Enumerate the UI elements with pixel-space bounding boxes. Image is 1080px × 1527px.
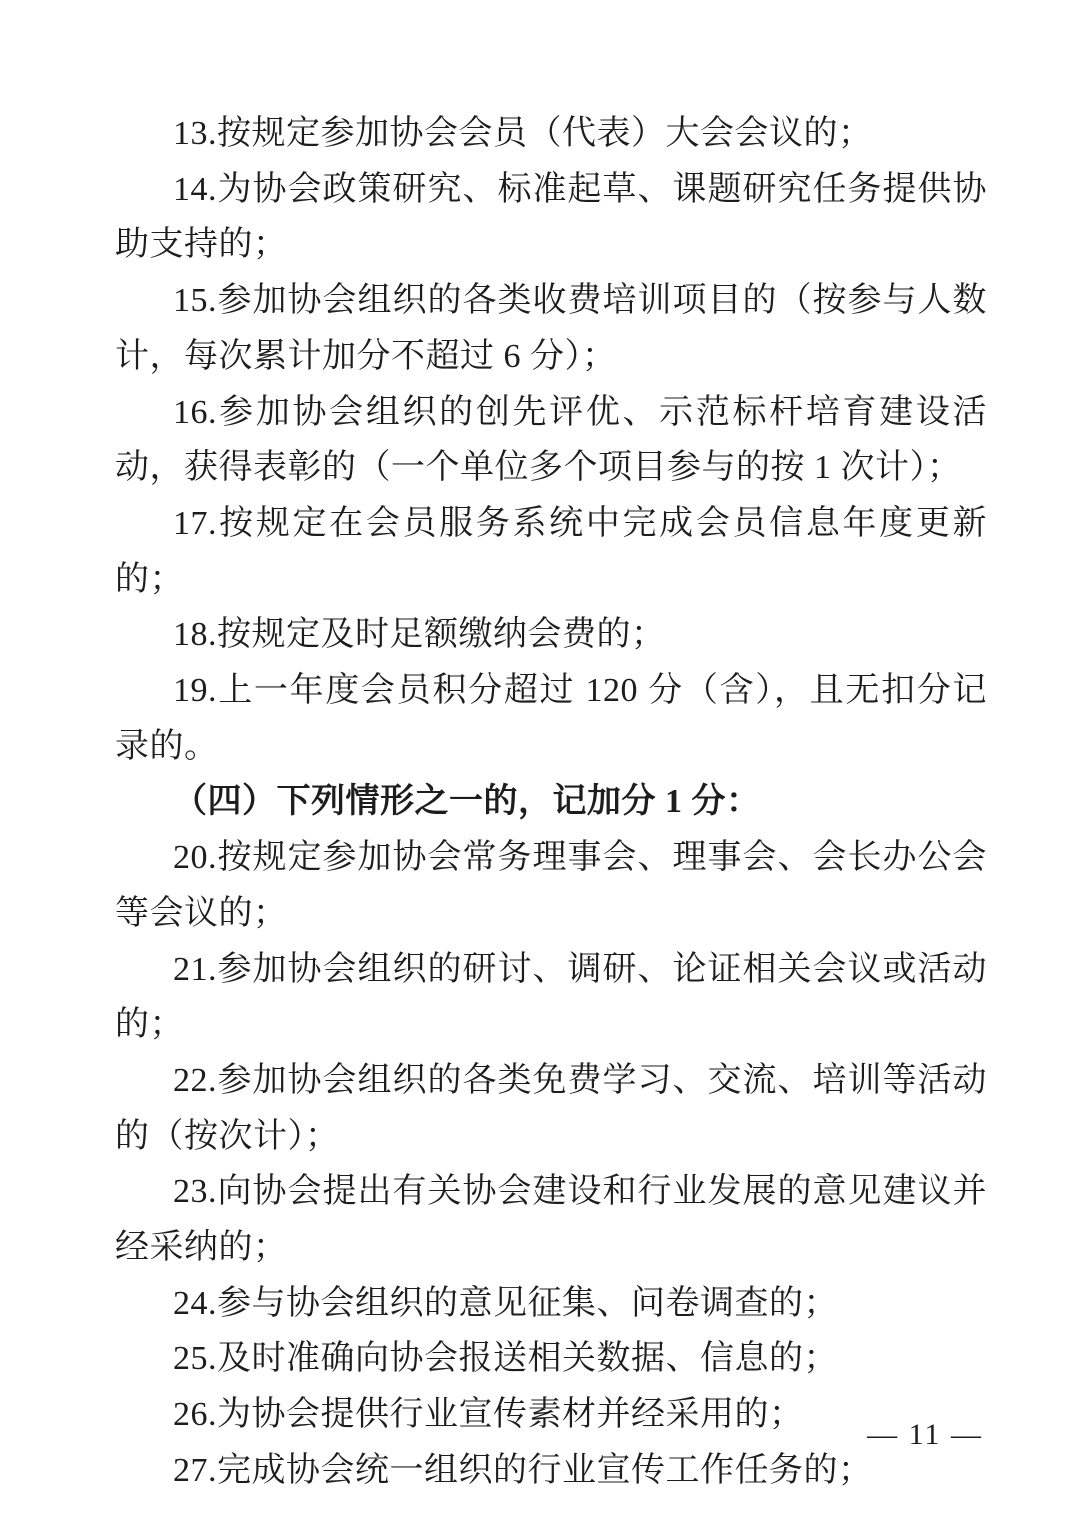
list-item-24: 24.参与协会组织的意见征集、问卷调查的； bbox=[115, 1276, 987, 1332]
page-number: — 11 — bbox=[115, 1418, 983, 1452]
list-item-17: 17.按规定在会员服务系统中完成会员信息年度更新的； bbox=[115, 496, 987, 607]
list-item-19: 19.上一年度会员积分超过 120 分（含），且无扣分记录的。 bbox=[115, 663, 987, 774]
list-item-25: 25.及时准确向协会报送相关数据、信息的； bbox=[115, 1331, 987, 1387]
list-item-15: 15.参加协会组织的各类收费培训项目的（按参与人数计，每次累计加分不超过 6 分… bbox=[115, 273, 987, 384]
list-item-14: 14.为协会政策研究、标准起草、课题研究任务提供协助支持的； bbox=[115, 162, 987, 273]
list-item-20: 20.按规定参加协会常务理事会、理事会、会长办公会等会议的； bbox=[115, 830, 987, 941]
list-item-22: 22.参加协会组织的各类免费学习、交流、培训等活动的（按次计）； bbox=[115, 1053, 987, 1164]
list-item-21: 21.参加协会组织的研讨、调研、论证相关会议或活动的； bbox=[115, 942, 987, 1053]
list-item-18: 18.按规定及时足额缴纳会费的； bbox=[115, 607, 987, 663]
document-body: 13.按规定参加协会会员（代表）大会会议的； 14.为协会政策研究、标准起草、课… bbox=[115, 106, 987, 1499]
list-item-16: 16.参加协会组织的创先评优、示范标杆培育建设活动，获得表彰的（一个单位多个项目… bbox=[115, 385, 987, 496]
list-item-13: 13.按规定参加协会会员（代表）大会会议的； bbox=[115, 106, 987, 162]
section-heading-4: （四）下列情形之一的，记加分 1 分： bbox=[115, 774, 987, 830]
document-page: 13.按规定参加协会会员（代表）大会会议的； 14.为协会政策研究、标准起草、课… bbox=[0, 0, 1080, 1527]
list-item-23: 23.向协会提出有关协会建设和行业发展的意见建议并经采纳的； bbox=[115, 1164, 987, 1275]
